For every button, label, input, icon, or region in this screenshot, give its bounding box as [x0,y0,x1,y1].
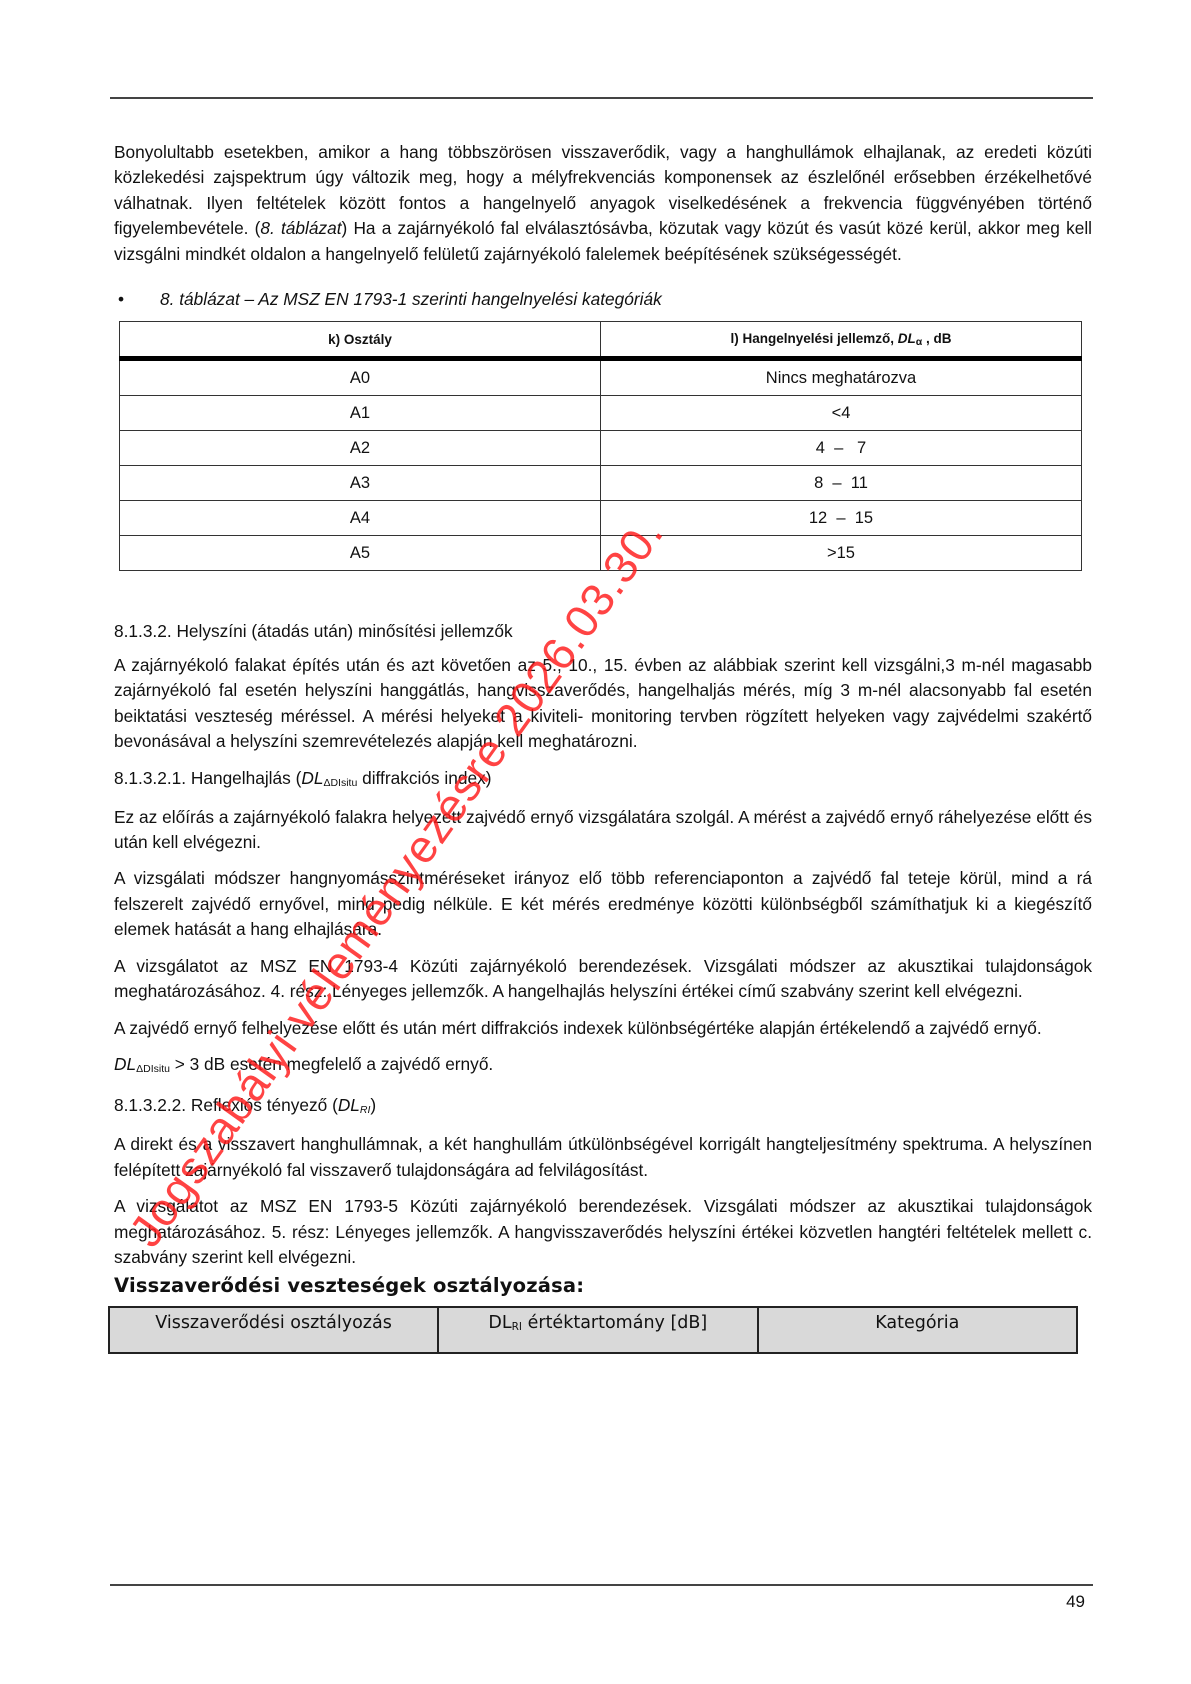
table-row: A412 – 15 [120,501,1082,536]
section-81321-paragraph-1: Ez az előírás a zajárnyékoló falakra hel… [114,805,1092,856]
absorption-category-table: k) Osztály l) Hangelnyelési jellemző, DL… [119,321,1082,571]
page-number: 49 [1066,1592,1085,1612]
header-dlri-range: DLRI értéktartomány [dB] [438,1307,757,1353]
section-8132-paragraph: A zajárnyékoló falakat építés után és az… [114,653,1092,755]
header-class: k) Osztály [120,322,601,359]
section-81321-paragraph-4: A zajvédő ernyő felhelyezése előtt és ut… [114,1016,1092,1041]
class-cell: A2 [120,431,601,466]
table-row: A38 – 11 [120,466,1082,501]
header-reflection-class: Visszaverődési osztályozás [109,1307,438,1353]
section-8132-heading: 8.1.3.2. Helyszíni (átadás után) minősít… [114,619,1092,643]
footer-rule [110,1584,1093,1586]
section-81321-paragraph-2: A vizsgálati módszer hangnyomásszintméré… [114,866,1092,942]
section-81322-paragraph-1: A direkt és a visszavert hanghullámnak, … [114,1132,1092,1183]
header-category: Kategória [758,1307,1077,1353]
value-cell: 8 – 11 [601,466,1082,501]
page-content: Bonyolultabb esetekben, amikor a hang tö… [114,140,1092,1354]
value-cell: >15 [601,536,1082,571]
class-cell: A4 [120,501,601,536]
table-header-row: Visszaverődési osztályozás DLRI értéktar… [109,1307,1077,1353]
reflection-loss-table: Visszaverődési osztályozás DLRI értéktar… [108,1306,1078,1354]
table-reference: 8. táblázat [260,218,341,238]
value-cell: <4 [601,396,1082,431]
header-rule [110,97,1093,99]
header-absorption: l) Hangelnyelési jellemző, DLα , dB [601,322,1082,359]
value-cell: Nincs meghatározva [601,359,1082,396]
table-header-row: k) Osztály l) Hangelnyelési jellemző, DL… [120,322,1082,359]
class-cell: A1 [120,396,601,431]
bullet-icon: • [118,287,124,311]
intro-paragraph: Bonyolultabb esetekben, amikor a hang tö… [114,140,1092,267]
section-81322-paragraph-2: A vizsgálatot az MSZ EN 1793-5 Közúti za… [114,1194,1092,1270]
section-81322-heading: 8.1.3.2.2. Reflexiós tényező (DLRI) [114,1093,1092,1122]
table-row: A0Nincs meghatározva [120,359,1082,396]
table-row: A1<4 [120,396,1082,431]
section-81321-heading: 8.1.3.2.1. Hangelhajlás (DLΔDIsitu diffr… [114,766,1092,795]
class-cell: A5 [120,536,601,571]
section-81321-criterion: DLΔDIsitu > 3 dB esetén megfelelő a zajv… [114,1052,1092,1082]
class-cell: A0 [120,359,601,396]
value-cell: 4 – 7 [601,431,1082,466]
table-row: A5>15 [120,536,1082,571]
value-cell: 12 – 15 [601,501,1082,536]
section-81321-paragraph-3: A vizsgálatot az MSZ EN 1793-4 Közúti za… [114,954,1092,1005]
reflection-table-title: Visszaverődési veszteségek osztályozása: [114,1274,1092,1297]
table-row: A24 – 7 [120,431,1082,466]
table8-caption: • 8. táblázat – Az MSZ EN 1793-1 szerint… [114,287,1092,311]
class-cell: A3 [120,466,601,501]
